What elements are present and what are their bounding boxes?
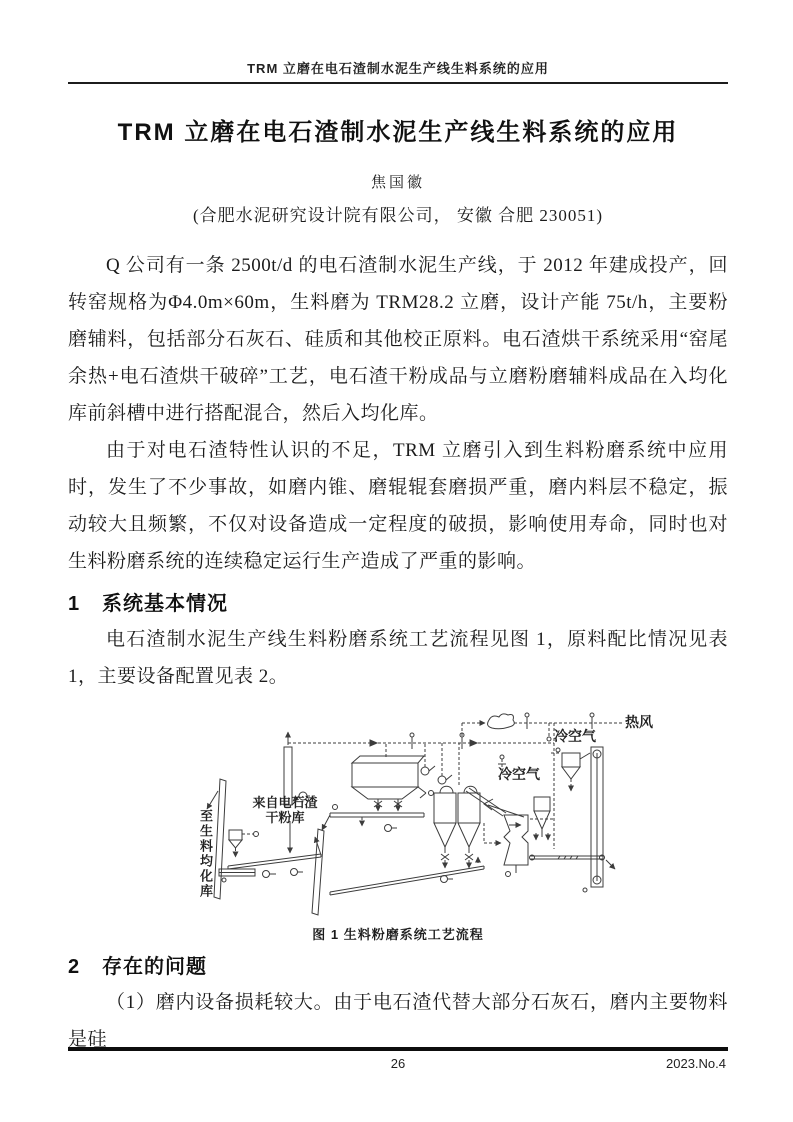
bag-filter: [352, 756, 434, 811]
twin-cyclones: [434, 786, 524, 868]
running-header-title: TRM 立磨在电石渣制水泥生产线生料系统的应用: [68, 58, 728, 77]
page-content: TRM 立磨在电石渣制水泥生产线生料系统的应用 TRM 立磨在电石渣制水泥生产线…: [68, 0, 728, 1058]
system-fans: [421, 743, 452, 784]
elevator-mid: [312, 829, 324, 915]
page-title: TRM 立磨在电石渣制水泥生产线生料系统的应用: [68, 112, 728, 147]
label-cold-air-mid: 冷空气: [498, 767, 540, 782]
collecting-airslide: [322, 805, 424, 832]
footer-row: 26 2023.No.4: [68, 1056, 728, 1074]
label-from-carbide-silo: 来自电石渣 干粉库: [250, 795, 320, 825]
affiliation: (合肥水泥研究设计院有限公司， 安徽 合肥 230051): [68, 201, 728, 226]
section-2-title: 存在的问题: [102, 956, 207, 978]
author-name: 焦国徽: [68, 171, 728, 192]
separator: [551, 748, 590, 791]
header-divider: [68, 82, 728, 84]
section-heading-1: 1系统基本情况: [68, 587, 728, 616]
discharge-airslide: [219, 869, 276, 882]
feed-conveyor: [330, 857, 484, 895]
label-to-homogenizing-silo: 至生料均化库: [196, 809, 215, 899]
issue-number: 2023.No.4: [666, 1056, 726, 1071]
paragraph-1: Q 公司有一条 2500t/d 的电石渣制水泥生产线，于 2012 年建成投产，…: [68, 247, 728, 432]
figure-caption: 图 1 生料粉磨系统工艺流程: [68, 924, 728, 943]
label-cold-air-top: 冷空气: [554, 729, 596, 744]
carbide-slag-conveyor: [228, 821, 321, 876]
page-number: 26: [68, 1056, 728, 1071]
footer-divider: [68, 1047, 728, 1051]
paragraph-2: 由于对电石渣特性认识的不足，TRM 立磨引入到生料粉磨系统中应用时，发生了不少事…: [68, 432, 728, 580]
page-footer: 26 2023.No.4: [68, 1047, 728, 1074]
belt-conveyor: [530, 855, 616, 869]
paragraph-3: 电石渣制水泥生产线生料粉磨系统工艺流程见图 1，原料配比情况见表 1，主要设备配…: [68, 621, 728, 695]
section-1-number: 1: [68, 593, 102, 616]
document-page: TRM 立磨在电石渣制水泥生产线生料系统的应用 TRM 立磨在电石渣制水泥生产线…: [0, 0, 793, 1122]
duct-network: [288, 723, 554, 849]
elevator-right: [583, 747, 603, 892]
figure-1: 至生料均化库 来自电石渣 干粉库 热风 冷空气 冷空气: [172, 707, 654, 919]
section-1-title: 系统基本情况: [102, 593, 228, 615]
label-hot-air: 热风: [625, 715, 653, 730]
section-2-number: 2: [68, 956, 102, 979]
section-heading-2: 2存在的问题: [68, 950, 728, 979]
